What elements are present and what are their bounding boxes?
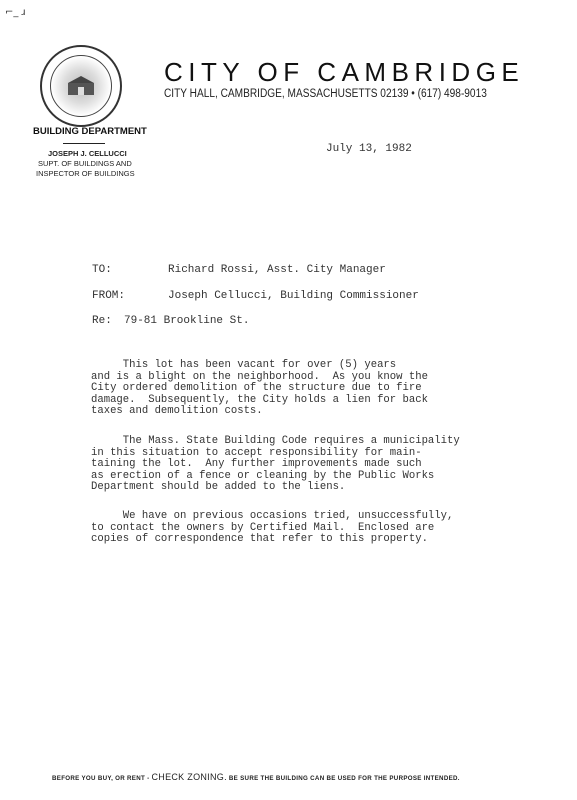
official-title-line2: INSPECTOR OF BUILDINGS: [36, 169, 135, 178]
from-label: FROM:: [92, 290, 125, 302]
memo-date: July 13, 1982: [326, 143, 412, 155]
footer-notice: BEFORE YOU BUY, OR RENT - CHECK ZONING. …: [52, 772, 460, 782]
official-name: JOSEPH J. CELLUCCI: [48, 149, 127, 158]
re-label: Re:: [92, 315, 112, 327]
city-seal-icon: [40, 45, 122, 127]
official-title-line1: SUPT. OF BUILDINGS AND: [38, 159, 132, 168]
to-label: TO:: [92, 264, 112, 276]
to-value: Richard Rossi, Asst. City Manager: [168, 264, 386, 276]
footer-part1: BEFORE YOU BUY, OR RENT -: [52, 775, 151, 782]
letterhead-title: CITY OF CAMBRIDGE: [164, 57, 524, 88]
seal-emblem-icon: [50, 55, 112, 117]
footer-part3: BE SURE THE BUILDING CAN BE USED FOR THE…: [227, 775, 460, 782]
building-icon: [64, 75, 98, 97]
paragraph-3: We have on previous occasions tried, uns…: [91, 511, 453, 546]
paragraph-2: The Mass. State Building Code requires a…: [91, 436, 460, 494]
re-value: 79-81 Brookline St.: [124, 315, 249, 327]
department-name: BUILDING DEPARTMENT: [33, 126, 147, 137]
footer-check-zoning: CHECK ZONING.: [151, 772, 226, 782]
corner-mark: ⌐_ ɹ: [5, 7, 26, 18]
divider: [63, 143, 105, 144]
from-value: Joseph Cellucci, Building Commissioner: [168, 290, 419, 302]
letterhead-address: CITY HALL, CAMBRIDGE, MASSACHUSETTS 0213…: [164, 88, 487, 100]
paragraph-1: This lot has been vacant for over (5) ye…: [91, 360, 428, 418]
